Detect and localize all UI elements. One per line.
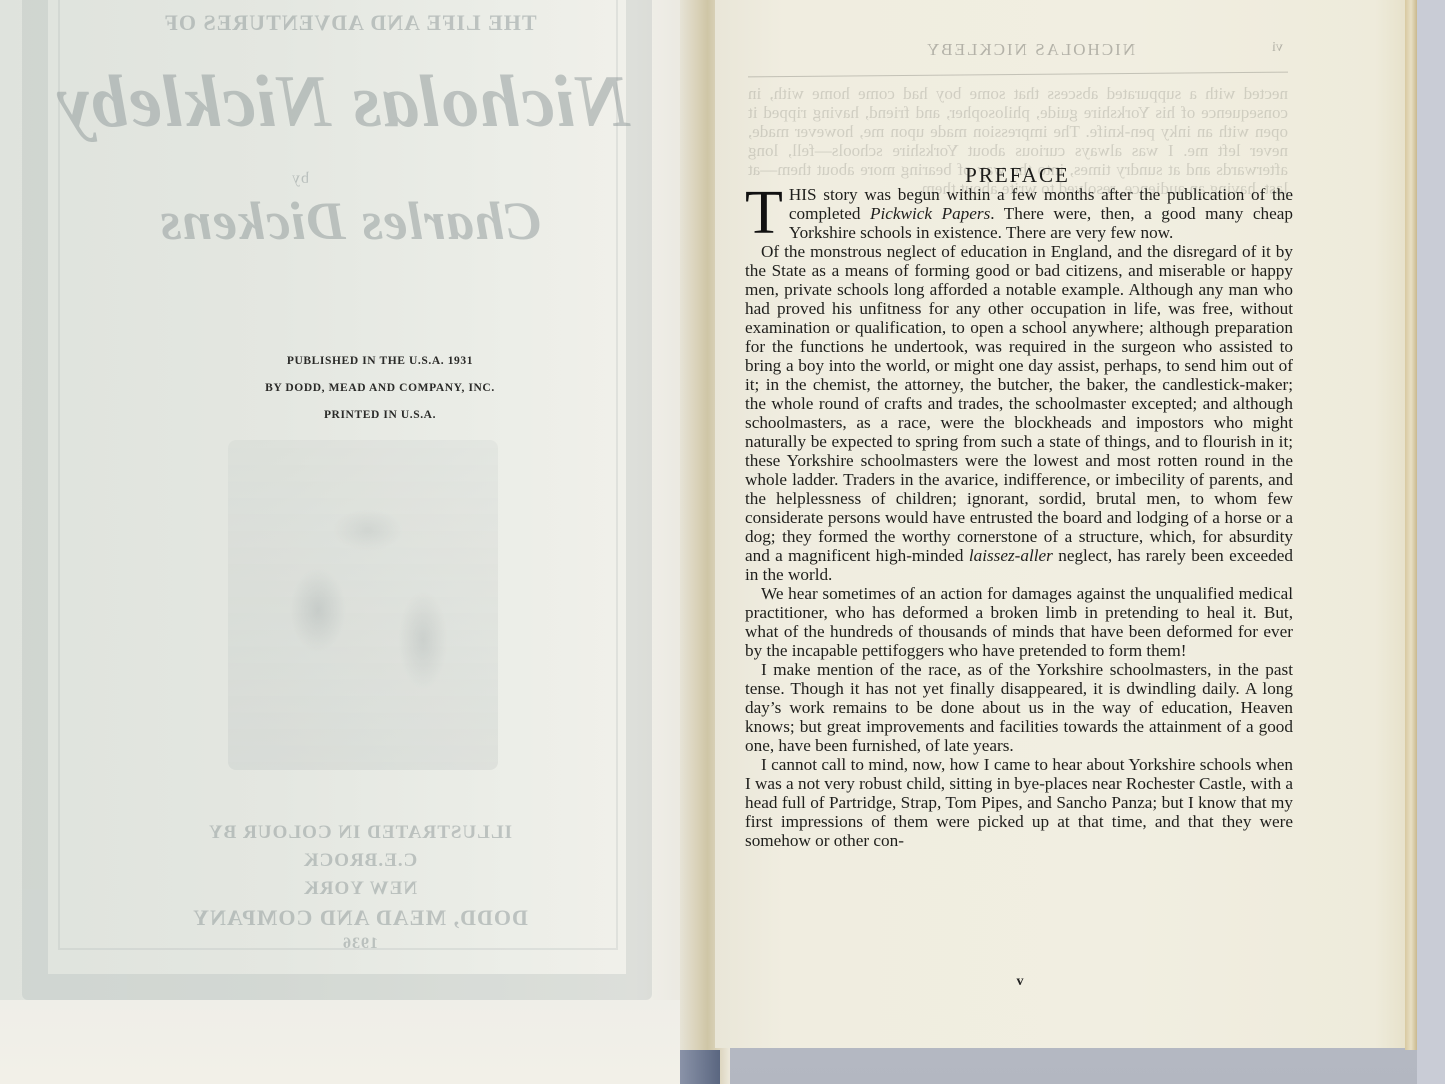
show-through-publisher: DODD, MEAD AND COMPANY [150,905,570,931]
page-edges [1405,0,1417,1050]
background-edge [1417,0,1445,1084]
french-phrase-italic: laissez-aller [969,546,1053,565]
imprint-line-publisher: BY DODD, MEAD AND COMPANY, INC. [210,375,550,402]
show-through-title: Nicholas Nickleby [70,60,630,145]
show-through-city: NEW YORK [150,878,570,900]
paragraph-4: I make mention of the race, as of the Yo… [745,660,1293,755]
open-book-photo: THE LIFE AND ADVENTURES OF Nicholas Nick… [0,0,1445,1084]
paragraph-5: I cannot call to mind, now, how I came t… [745,755,1293,850]
paragraph-3: We hear sometimes of an action for damag… [745,584,1293,660]
show-through-author: Charles Dickens [90,190,610,252]
paragraph-2-text: Of the monstrous neglect of education in… [745,242,1293,565]
show-through-illustration [228,440,498,770]
drop-cap: T [745,188,783,238]
imprint-line-printed: PRINTED IN U.S.A. [230,402,530,429]
show-through-by: by [250,170,350,188]
page-number: v [1005,974,1035,990]
show-through-folio: vi [1272,40,1283,56]
paragraph-1: THIS story was begun within a few months… [745,185,1293,242]
show-through-year: 1936 [150,935,570,953]
left-page-bottom-curl [0,1000,690,1084]
book-cover-edge [680,1050,720,1084]
copyright-imprint: PUBLISHED IN THE U.S.A. 1931 BY DODD, ME… [230,348,530,429]
show-through-illustrator: C.E.BROCK [150,850,570,872]
show-through-title-small: THE LIFE AND ADVENTURES OF [100,10,600,36]
show-through-illustrated-line: ILLUSTRATED IN COLOUR BY [150,822,570,844]
book-title-italic: Pickwick Papers [870,204,990,223]
show-through-running-head: NICHOLAS NICKLEBY [880,40,1180,60]
imprint-line-published: PUBLISHED IN THE U.S.A. 1931 [230,348,530,375]
left-page: THE LIFE AND ADVENTURES OF Nicholas Nick… [0,0,690,1084]
paragraph-2: Of the monstrous neglect of education in… [745,242,1293,584]
preface-body: THIS story was begun within a few months… [745,185,1293,850]
